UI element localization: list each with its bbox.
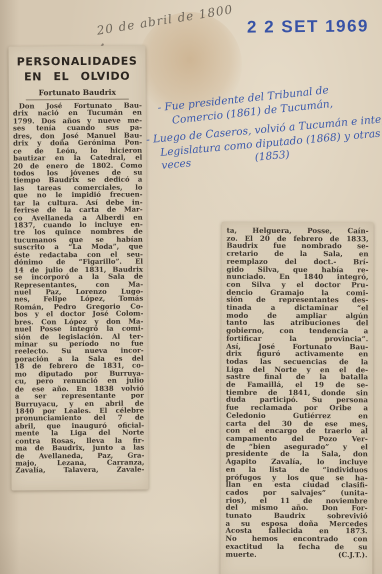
newspaper-clipping-left: PERSONALIDADES EN EL OLVIDO Fortunato Ba…	[8, 46, 148, 491]
clipping-column-right: ta, Helguera, Posse, Caín-zo. El 20 de f…	[225, 227, 368, 559]
headline-line-1: PERSONALIDADES	[13, 54, 142, 70]
text-line: muerte. (C.J.T.).	[225, 550, 367, 558]
clipping-headline: PERSONALIDADES EN EL OLVIDO	[13, 54, 142, 85]
date-stamp: 2 2 SET 1969	[247, 16, 369, 37]
margin-note-2-year: (1853)	[254, 149, 290, 165]
newspaper-clipping-right: ta, Helguera, Posse, Caín-zo. El 20 de f…	[220, 222, 373, 574]
margin-note-2-word: veces	[161, 157, 192, 172]
clipping-column-left: Don José Fortunato Bau-drix nació en Tuc…	[13, 103, 145, 476]
text-line: Zavalía, Talavera, Zavale-	[15, 467, 144, 475]
headline-line-2: EN EL OLVIDO	[13, 69, 142, 85]
scanned-archive-page: 20 de abril de 1800 2 2 SET 1969 PERSONA…	[0, 0, 382, 574]
clipping-byline: Fortunato Baudrix	[26, 88, 129, 101]
